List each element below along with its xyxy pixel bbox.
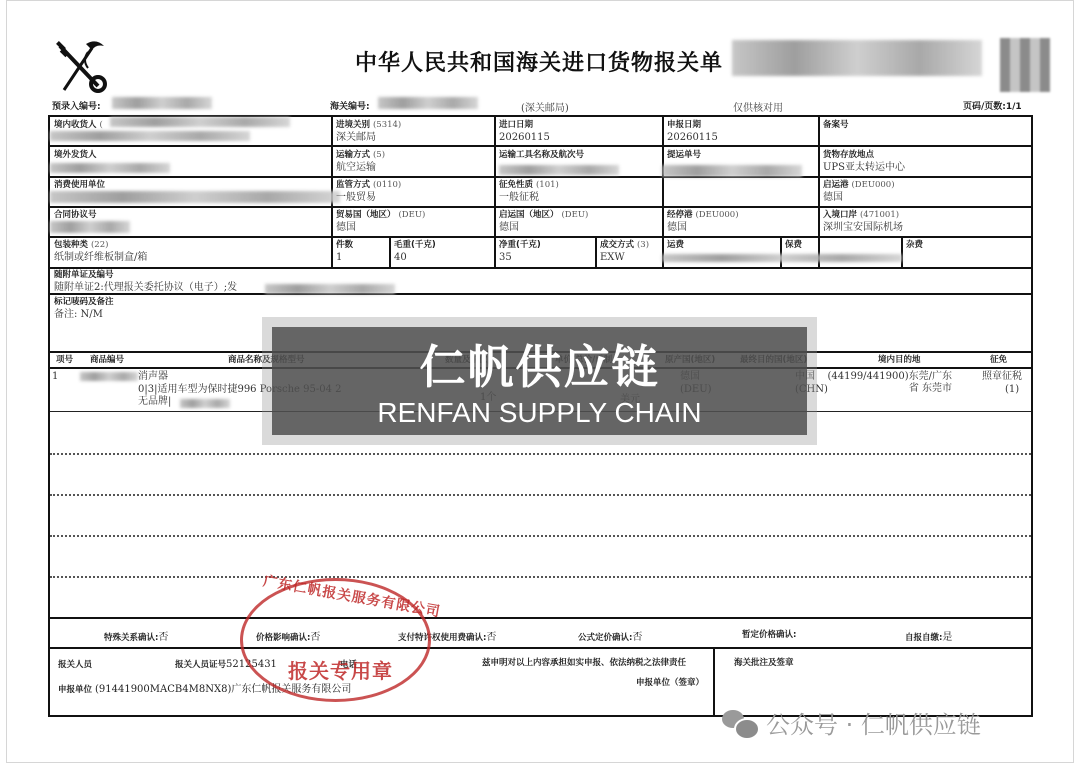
consignee-cell: 境内收货人 ( — [54, 119, 103, 131]
gross-weight-cell: 毛重(千克) 40 — [394, 239, 436, 264]
wechat-account-watermark: 公众号 · 仁帆供应链 — [722, 705, 981, 740]
departure-country-cell: 启运国（地区） (DEU) 德国 — [499, 209, 588, 234]
marks-remarks-cell: 标记唛码及备注 备注: N/M — [54, 296, 114, 321]
qr-code — [1000, 38, 1050, 92]
net-weight-cell: 净重(千克) 35 — [499, 239, 541, 264]
col-domestic-destination: 境内目的地 — [878, 354, 921, 366]
customs-office: (深关邮局) — [521, 99, 569, 114]
redacted-barcode — [732, 40, 982, 76]
pieces-cell: 件数 1 — [336, 239, 353, 264]
formula-pricing-confirm: 公式定价确认:否 — [578, 628, 642, 643]
goods-domestic-destination: (44199/441900)东莞/广东省 东莞市 — [822, 371, 952, 395]
transport-mode-cell: 运输方式 (5) 航空运输 — [336, 149, 385, 174]
col-item-no: 项号 — [56, 354, 73, 366]
customs-no-label: 海关编号: — [330, 99, 370, 112]
redacted-pre-entry-no — [112, 97, 212, 109]
provisional-price-confirm: 暂定价格确认: — [742, 628, 796, 640]
contract-no-cell: 合同协议号 — [54, 209, 97, 221]
goods-name: 消声器 — [138, 371, 168, 383]
declare-date-cell: 申报日期 20260115 — [667, 119, 718, 144]
pre-entry-no-label: 预录入编号: — [52, 99, 101, 112]
attached-docs-cell: 随附单证及编号 随附单证2:代理报关委托协议（电子）;发 — [54, 269, 237, 294]
vehicle-voyage-cell: 运输工具名称及航次号 — [499, 149, 584, 161]
page-indicator: 页码/页数:1/1 — [963, 99, 1022, 112]
col-hs-code: 商品编号 — [90, 354, 124, 366]
trade-country-cell: 贸易国（地区） (DEU) 德国 — [336, 209, 425, 234]
freight-cell: 运费 — [667, 239, 684, 251]
document-title: 中华人民共和国海关进口货物报关单 — [355, 46, 723, 77]
insurance-cell: 保费 — [785, 239, 802, 251]
transaction-mode-cell: 成交方式 (3) EXW — [600, 239, 649, 264]
customs-approval-label: 海关批注及签章 — [734, 656, 794, 668]
overseas-shipper-cell: 境外发货人 — [54, 149, 97, 161]
bill-of-lading-cell: 提运单号 — [667, 149, 701, 161]
declarant-seal-label: 申报单位（签章） — [636, 676, 704, 688]
levy-nature-cell: 征免性质 (101) 一般征税 — [499, 179, 559, 204]
transit-port-cell: 经停港 (DEU000) 德国 — [667, 209, 739, 234]
entry-port-cell: 入境口岸 (471001) 深圳宝安国际机场 — [823, 209, 903, 234]
supervision-mode-cell: 监管方式 (0110) 一般贸易 — [336, 179, 401, 204]
consumer-unit-cell: 消费使用单位 — [54, 179, 105, 191]
seal-center-text: 报关专用章 — [288, 655, 393, 684]
check-only-note: 仅供核对用 — [733, 99, 783, 114]
import-date-cell: 进口日期 20260115 — [499, 119, 550, 144]
storage-place-cell: 货物存放地点 UPS亚太转运中心 — [823, 149, 905, 174]
brand-watermark: 仁帆供应链 RENFAN SUPPLY CHAIN — [272, 327, 807, 435]
redacted-customs-no — [378, 97, 478, 109]
special-relation-confirm: 特殊关系确认:否 — [104, 628, 168, 643]
self-declare-pay: 自报自缴:是 — [905, 628, 952, 643]
entry-customs-cell: 进境关别 (5314) 深关邮局 — [336, 119, 401, 144]
departure-port-cell: 启运港 (DEU000) 德国 — [823, 179, 895, 204]
misc-fee-cell: 杂费 — [906, 239, 923, 251]
col-levy: 征免 — [990, 354, 1007, 366]
goods-levy-code: (1) — [1005, 384, 1019, 396]
record-no-cell: 备案号 — [823, 119, 849, 131]
goods-levy: 照章征税 — [982, 371, 1022, 383]
customs-emblem-icon — [52, 38, 110, 94]
declaration-statement: 兹申明对以上内容承担如实申报、依法纳税之法律责任 — [482, 656, 686, 668]
package-type-cell: 包装种类 (22) 纸制或纤维板制盒/箱 — [54, 239, 147, 264]
wechat-icon — [722, 708, 758, 738]
goods-brand: 无品牌| — [138, 396, 171, 408]
broker-label: 报关人员 — [58, 658, 92, 670]
